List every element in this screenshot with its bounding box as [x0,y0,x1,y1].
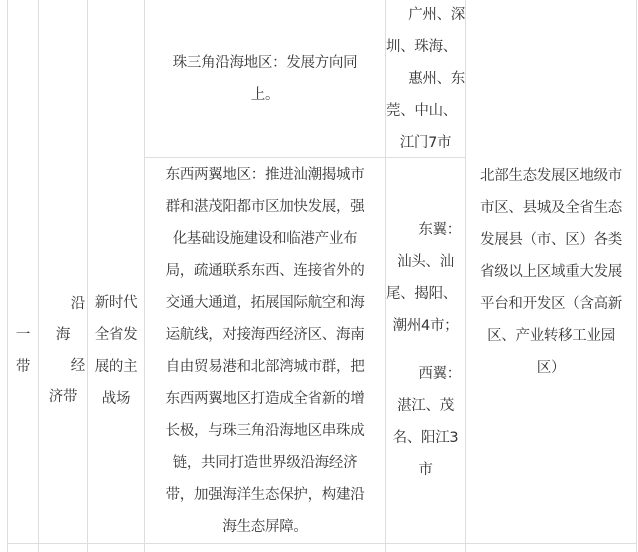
text-line: 新时代 [95,287,138,319]
text-line: 局，疏通联系东西、连接省外的 [166,255,365,287]
text-line: 海 [56,320,70,351]
region-detail-cell-east-west-wings: 东西两翼地区：推进汕潮揭城市 群和湛茂阳都市区加快发展，强 化基础设施建设和临港… [145,158,385,543]
text-line: 战场 [102,383,130,415]
text-line: 北部生态发展区地级市 [480,160,622,192]
text-line: 市 [418,454,432,486]
text-line: 沿 [71,289,87,320]
text-line: 珠三角沿海地区：发展方向同 [173,47,358,79]
text-line: 名、阳江3 [393,422,459,454]
text-line: 平台和开发区（含高新 [480,288,622,320]
positioning-cell: 新时代 全省发 展的主 战场 [88,158,144,543]
text-line: 东西两翼地区打造成全省新的增 [166,383,365,415]
text-line: 交通大通道，拓展国际航空和海 [166,287,365,319]
text-line: 莞、中山、 [386,95,457,127]
text-line: 济带 [49,382,77,413]
text-line: 圳、珠海、 [386,31,457,63]
scope-cell: 北部生态发展区地级市 市区、县城及全省生态 发展县（市、区）各类 省级以上区域重… [466,158,636,380]
text-line: 东西两翼地区：推进汕潮揭城市 [166,159,365,191]
text-line: 全省发 [95,319,138,351]
text-line: 带，加强海洋生态保护，构建沿 [166,479,365,511]
text-line: 带 [16,351,30,383]
text-line: 潮州4市； [393,310,459,342]
text-line: 链，共同打造世界级沿海经济 [173,447,358,479]
text-line: 一 [16,319,30,351]
text-line: 展的主 [95,351,138,383]
text-line: 市区、县城及全省生态 [480,192,622,224]
text-line: 江门7市 [400,127,452,159]
text-line: 尾、揭阳、 [386,278,457,310]
grid-line [636,0,637,552]
cities-cell-east-west-wings: 东翼： 汕头、汕 尾、揭阳、 潮州4市； 西翼： 湛江、茂 名、阳江3 市 [386,158,465,543]
text-line: 自由贸易港和北部湾城市群，把 [166,351,365,383]
text-line: 广州、深 [408,0,465,31]
text-line: 运航线，对接海西经济区、海南 [166,319,365,351]
cities-cell-pearl-river-delta: 广州、深 圳、珠海、 惠州、东 莞、中山、 江门7市 [386,0,465,157]
category-cell: 一 带 [8,158,38,543]
text-line: 西翼： [418,358,465,390]
text-line: 区、产业转移工业园 [487,320,615,352]
text-line: 省级以上区域重大发展 [480,256,622,288]
region-detail-cell-pearl-river-delta: 珠三角沿海地区：发展方向同 上。 [145,0,385,157]
text-line: 发展县（市、区）各类 [480,224,622,256]
text-line: 区） [537,352,565,384]
zone-cell: 沿 海 经 济带 [39,158,87,543]
text-line: 海生态屏障。 [222,511,307,543]
text-line: 化基础设施建设和临港产业布 [173,223,358,255]
text-line: 惠州、东 [408,63,465,95]
text-line: 长极，与珠三角沿海地区串珠成 [166,415,365,447]
text-line: 汕头、汕 [397,246,454,278]
text-line: 东翼： [418,214,465,246]
text-line: 群和湛茂阳都市区加快发展，强 [166,191,365,223]
text-line: 经 [71,351,87,382]
text-line: 湛江、茂 [397,390,454,422]
grid-line [7,543,637,544]
text-line: 上。 [251,79,279,111]
